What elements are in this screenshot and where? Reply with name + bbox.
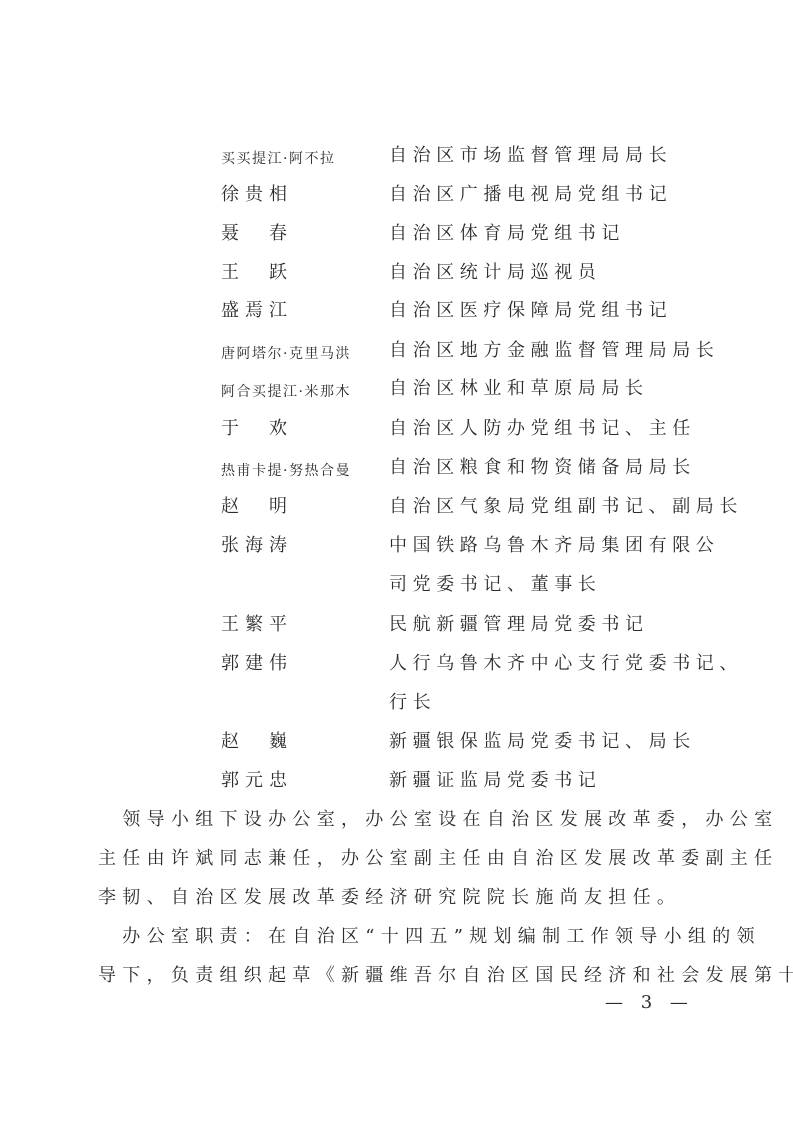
member-role: 自治区气象局党组副书记、副局长 [389, 495, 743, 519]
member-name: 张海涛 [221, 534, 293, 558]
member-name: 王繁平 [221, 613, 293, 637]
member-row: 张海涛 中国铁路乌鲁木齐局集团有限公 [0, 534, 793, 572]
member-row: 王 跃 自治区统计局巡视员 [0, 261, 793, 299]
member-name: 郭建伟 [221, 652, 293, 676]
member-row-continuation: 司党委书记、董事长 [0, 573, 793, 611]
member-name: 赵 明 [221, 495, 293, 519]
member-role: 自治区广播电视局党组书记 [389, 183, 672, 207]
member-name: 聂 春 [221, 222, 293, 246]
member-row: 唐阿塔尔·克里马洪 自治区地方金融监督管理局局长 [0, 339, 793, 377]
member-role: 中国铁路乌鲁木齐局集团有限公 [389, 534, 719, 558]
paragraph-line: 李韧、自治区发展改革委经济研究院院长施尚友担任。 [98, 886, 681, 910]
member-row: 郭元忠 新疆证监局党委书记 [0, 769, 793, 807]
member-row: 徐贵相 自治区广播电视局党组书记 [0, 183, 793, 221]
member-row: 赵 明 自治区气象局党组副书记、副局长 [0, 495, 793, 533]
member-row: 聂 春 自治区体育局党组书记 [0, 222, 793, 260]
member-name: 盛焉江 [221, 299, 293, 323]
member-name: 阿合买提江·米那木 [221, 380, 351, 404]
member-role: 自治区统计局巡视员 [389, 261, 601, 285]
member-role: 自治区医疗保障局党组书记 [389, 299, 672, 323]
member-name: 徐贵相 [221, 183, 293, 207]
member-role: 自治区地方金融监督管理局局长 [389, 339, 719, 363]
member-role: 新疆银保监局党委书记、局长 [389, 730, 696, 754]
member-role: 民航新疆管理局党委书记 [389, 613, 649, 637]
member-role: 行长 [389, 691, 436, 715]
member-role: 自治区林业和草原局局长 [389, 377, 649, 401]
member-row: 王繁平 民航新疆管理局党委书记 [0, 613, 793, 651]
member-name: 王 跃 [221, 261, 293, 285]
member-role: 新疆证监局党委书记 [389, 769, 601, 793]
member-row: 赵 巍 新疆银保监局党委书记、局长 [0, 730, 793, 768]
page-number: — 3 — [605, 991, 694, 1015]
member-role: 司党委书记、董事长 [389, 573, 601, 597]
member-role: 自治区粮食和物资储备局局长 [389, 456, 696, 480]
member-name: 唐阿塔尔·克里马洪 [221, 342, 351, 366]
member-role: 自治区人防办党组书记、主任 [389, 417, 696, 441]
paragraph-line: 主任由许斌同志兼任，办公室副主任由自治区发展改革委副主任 [98, 847, 778, 871]
member-name: 郭元忠 [221, 769, 293, 793]
member-row: 郭建伟 人行乌鲁木齐中心支行党委书记、 [0, 652, 793, 690]
member-row-continuation: 行长 [0, 691, 793, 729]
member-row: 热甫卡提·努热合曼 自治区粮食和物资储备局局长 [0, 456, 793, 494]
member-row: 盛焉江 自治区医疗保障局党组书记 [0, 299, 793, 337]
member-role: 人行乌鲁木齐中心支行党委书记、 [389, 652, 743, 676]
member-name: 赵 巍 [221, 730, 293, 754]
member-name: 热甫卡提·努热合曼 [221, 459, 351, 483]
member-name: 于 欢 [221, 417, 293, 441]
member-name: 买买提江·阿不拉 [221, 147, 335, 171]
paragraph-line: 导下，负责组织起草《新疆维吾尔自治区国民经济和社会发展第十 [98, 964, 793, 988]
member-row: 于 欢 自治区人防办党组书记、主任 [0, 417, 793, 455]
member-role: 自治区市场监督管理局局长 [389, 144, 672, 168]
paragraph-line: 办公室职责：在自治区“十四五”规划编制工作领导小组的领 [98, 925, 761, 949]
paragraph-line: 领导小组下设办公室，办公室设在自治区发展改革委，办公室 [98, 808, 778, 832]
member-role: 自治区体育局党组书记 [389, 222, 625, 246]
member-row: 买买提江·阿不拉 自治区市场监督管理局局长 [0, 144, 793, 182]
member-row: 阿合买提江·米那木 自治区林业和草原局局长 [0, 377, 793, 415]
